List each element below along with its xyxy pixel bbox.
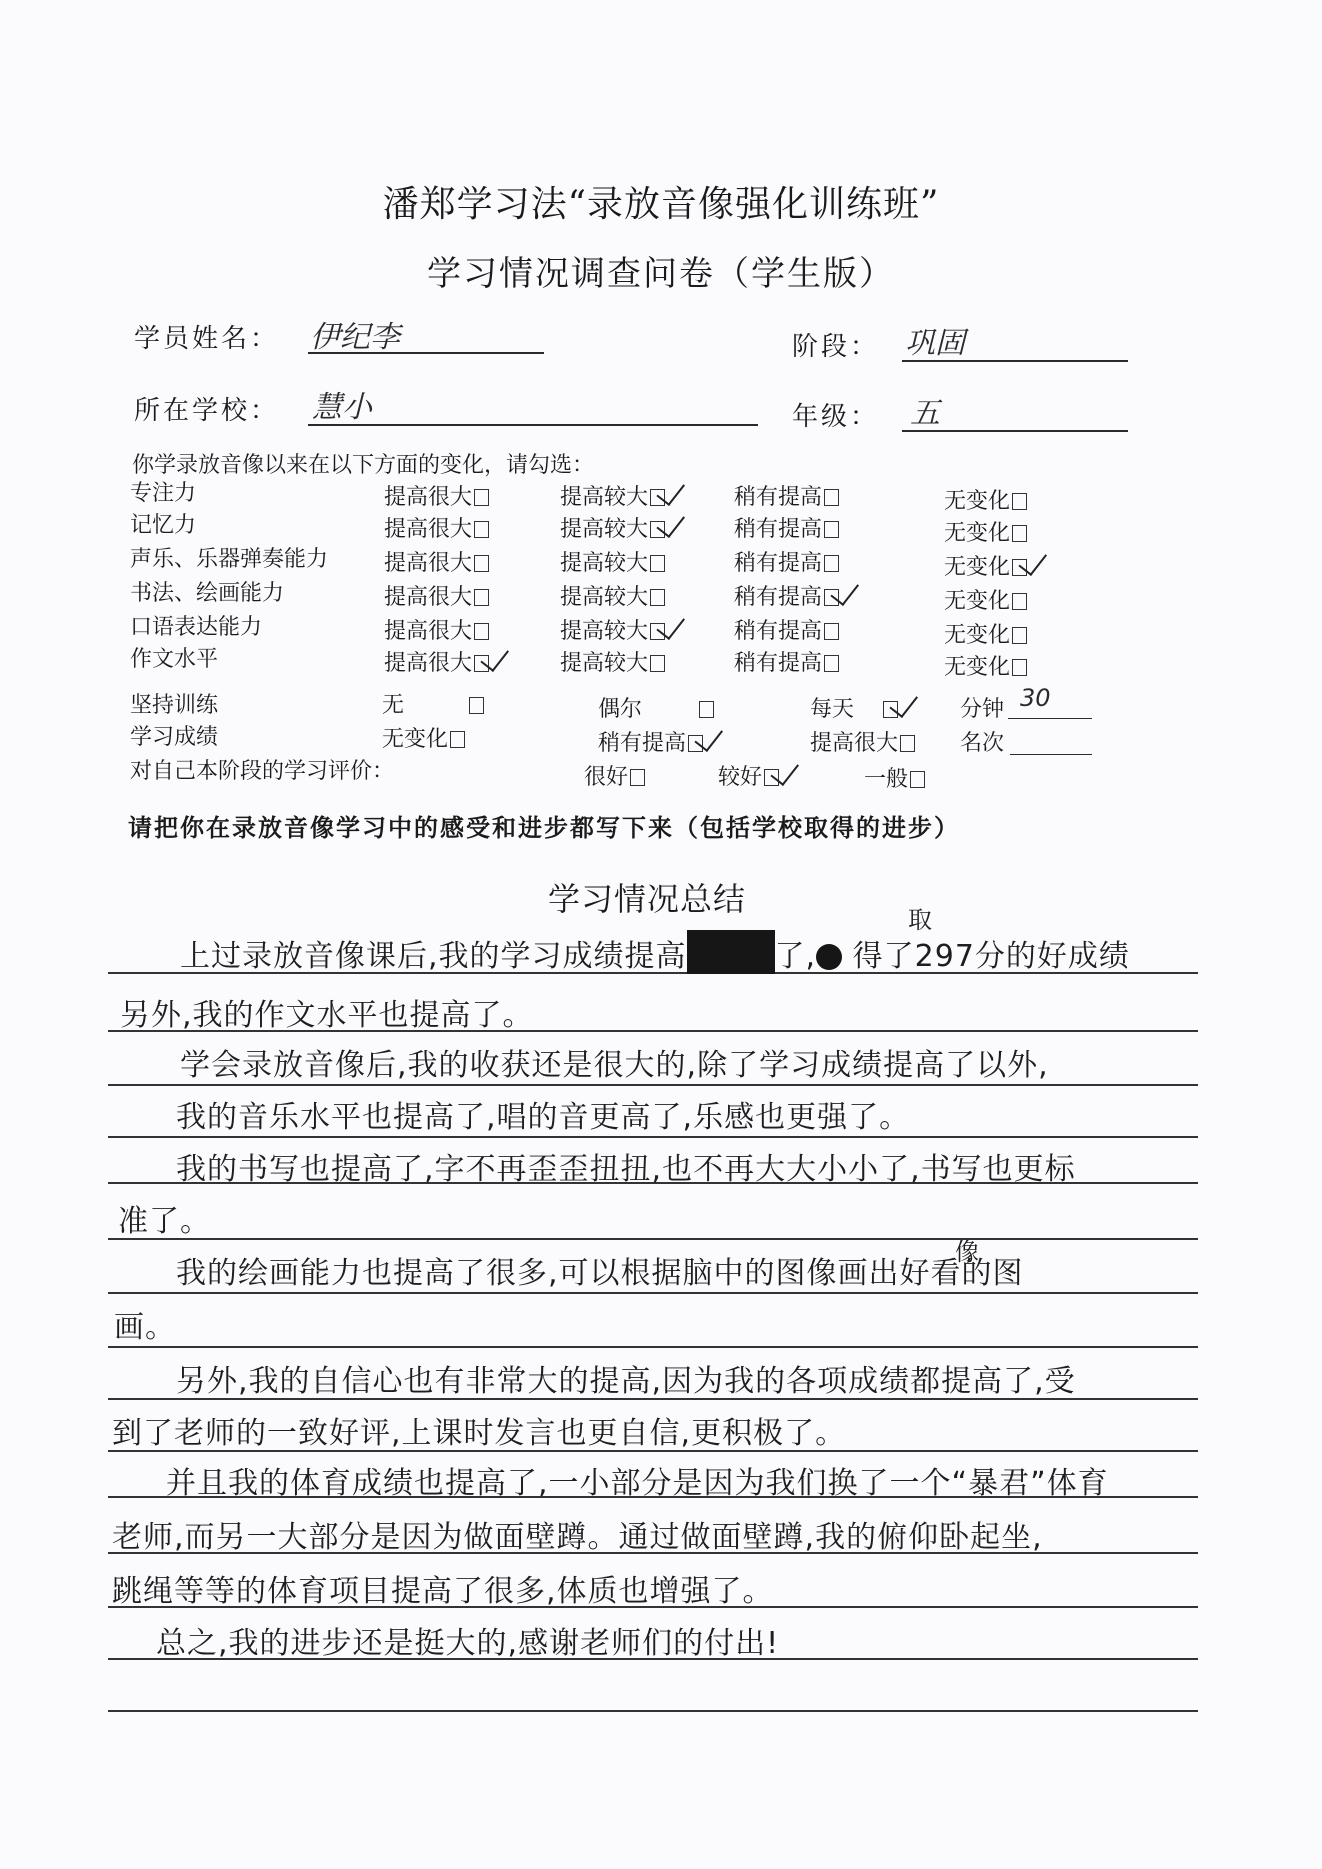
checkbox-checked-icon[interactable]	[1012, 559, 1027, 576]
rank-underline[interactable]	[1010, 754, 1092, 755]
grades-label: 学习成绩	[130, 720, 218, 751]
summary-line: 另外,我的作文水平也提高了。	[120, 990, 534, 1034]
rank-label: 名次	[960, 726, 1004, 757]
training-option-sometimes[interactable]: 偶尔	[598, 692, 714, 723]
option-slight[interactable]: 稍有提高	[734, 614, 839, 645]
checkbox-checked-icon[interactable]	[474, 655, 489, 672]
checkbox-checked-icon[interactable]	[650, 623, 665, 640]
survey-row-label: 口语表达能力	[130, 610, 262, 641]
grade-underline	[902, 430, 1128, 432]
option-nochange[interactable]: 无变化	[944, 584, 1027, 615]
minutes-label: 分钟	[960, 692, 1004, 723]
writing-instruction: 请把你在录放音像学习中的感受和进步都写下来（包括学校取得的进步）	[128, 808, 960, 843]
survey-row-label: 声乐、乐器弹奏能力	[130, 542, 328, 573]
checkbox-checked-icon[interactable]	[688, 735, 703, 752]
survey-row-label: 作文水平	[130, 642, 218, 673]
option-slight[interactable]: 稍有提高	[734, 480, 839, 511]
checkbox-icon[interactable]	[474, 555, 489, 572]
summary-line: 我的书写也提高了,字不再歪歪扭扭,也不再大大小小了,书写也更标	[176, 1144, 1076, 1188]
option-considerable[interactable]: 提高较大	[560, 512, 665, 543]
grades-option-great[interactable]: 提高很大	[810, 726, 915, 757]
checkbox-icon[interactable]	[474, 521, 489, 538]
summary-line: 我的音乐水平也提高了,唱的音更高了,乐感也更强了。	[176, 1092, 910, 1136]
ruled-line	[108, 1710, 1198, 1712]
checkbox-icon[interactable]	[1012, 627, 1027, 644]
option-nochange[interactable]: 无变化	[944, 650, 1027, 681]
option-nochange[interactable]: 无变化	[944, 550, 1027, 581]
stage-underline	[902, 360, 1128, 362]
checkbox-icon[interactable]	[650, 555, 665, 572]
checkbox-checked-icon[interactable]	[824, 589, 839, 606]
summary-title: 学习情况总结	[548, 874, 746, 920]
checkbox-icon[interactable]	[450, 731, 465, 748]
checkbox-icon[interactable]	[824, 489, 839, 506]
checkbox-icon[interactable]	[824, 521, 839, 538]
checkbox-icon[interactable]	[824, 555, 839, 572]
checkbox-icon[interactable]	[630, 769, 645, 786]
ruled-line	[108, 1292, 1198, 1294]
option-slight[interactable]: 稍有提高	[734, 512, 839, 543]
form-title: 潘郑学习法“录放音像强化训练班”	[0, 176, 1322, 227]
checkbox-icon[interactable]	[699, 701, 714, 718]
option-slight[interactable]: 稍有提高	[734, 546, 839, 577]
checkbox-icon[interactable]	[910, 771, 925, 788]
option-considerable[interactable]: 提高较大	[560, 546, 665, 577]
training-option-daily[interactable]: 每天	[810, 692, 898, 723]
checkbox-checked-icon[interactable]	[883, 701, 898, 718]
summary-line: 另外,我的自信心也有非常大的提高,因为我的各项成绩都提高了,受	[176, 1356, 1076, 1400]
minutes-value[interactable]: 30	[1020, 684, 1051, 712]
option-slight[interactable]: 稍有提高	[734, 580, 839, 611]
summary-line: 我的绘画能力也提高了很多,可以根据脑中的图像画出好看的图	[176, 1248, 1024, 1292]
checkbox-icon[interactable]	[474, 589, 489, 606]
checkbox-icon[interactable]	[1012, 659, 1027, 676]
training-option-none[interactable]: 无	[382, 688, 484, 719]
summary-line: 跳绳等等的体育项目提高了很多,体质也增强了。	[112, 1566, 774, 1610]
stage-label: 阶段：	[792, 326, 879, 363]
self-eval-label: 对自己本阶段的学习评价：	[130, 754, 394, 785]
school-label: 所在学校：	[134, 390, 279, 427]
checkbox-icon[interactable]	[1012, 493, 1027, 510]
name-underline	[308, 352, 544, 354]
name-label: 学员姓名：	[134, 318, 279, 355]
checkbox-checked-icon[interactable]	[650, 489, 665, 506]
option-great[interactable]: 提高很大	[384, 614, 489, 645]
option-considerable[interactable]: 提高较大	[560, 646, 665, 677]
survey-row-label: 书法、绘画能力	[130, 576, 284, 607]
option-considerable[interactable]: 提高较大	[560, 580, 665, 611]
option-great[interactable]: 提高很大	[384, 480, 489, 511]
checkbox-icon[interactable]	[469, 697, 484, 714]
option-great[interactable]: 提高很大	[384, 546, 489, 577]
option-great[interactable]: 提高很大	[384, 646, 489, 677]
summary-line: 到了老师的一致好评,上课时发言也更自信,更积极了。	[112, 1408, 846, 1452]
self-eval-option-verygood[interactable]: 很好	[584, 760, 645, 791]
checkbox-checked-icon[interactable]	[650, 521, 665, 538]
option-slight[interactable]: 稍有提高	[734, 646, 839, 677]
summary-line: 准了。	[118, 1196, 211, 1240]
checkbox-icon[interactable]	[824, 623, 839, 640]
checkbox-icon[interactable]	[474, 623, 489, 640]
option-nochange[interactable]: 无变化	[944, 618, 1027, 649]
minutes-underline	[1008, 718, 1092, 719]
grade-label: 年级：	[792, 396, 879, 433]
name-value[interactable]: 伊纪李	[310, 312, 400, 356]
grade-value[interactable]: 五	[910, 388, 940, 432]
form-subtitle: 学习情况调查问卷（学生版）	[0, 246, 1322, 295]
survey-row-label: 记忆力	[130, 508, 196, 539]
training-label: 坚持训练	[130, 688, 218, 719]
redaction-mark	[687, 930, 775, 974]
ruled-line	[108, 1084, 1198, 1086]
school-underline	[308, 424, 758, 426]
checkbox-icon[interactable]	[900, 735, 915, 752]
checkbox-icon[interactable]	[1012, 593, 1027, 610]
checkbox-checked-icon[interactable]	[764, 769, 779, 786]
self-eval-option-average[interactable]: 一般	[864, 762, 925, 793]
checkbox-icon[interactable]	[474, 489, 489, 506]
checkbox-icon[interactable]	[1012, 525, 1027, 542]
grades-option-slight[interactable]: 稍有提高	[598, 726, 703, 757]
ruled-line	[108, 1136, 1198, 1138]
option-considerable[interactable]: 提高较大	[560, 480, 665, 511]
option-nochange[interactable]: 无变化	[944, 516, 1027, 547]
checkbox-icon[interactable]	[824, 655, 839, 672]
option-great[interactable]: 提高很大	[384, 512, 489, 543]
checkbox-icon[interactable]	[650, 589, 665, 606]
survey-prompt: 你学录放音像以来在以下方面的变化，请勾选：	[132, 448, 594, 479]
summary-line: 老师,而另一大部分是因为做面壁蹲。通过做面壁蹲,我的俯仰卧起坐,	[112, 1512, 1043, 1556]
summary-line: 上过录放音像课后,我的学习成绩提高了, 得了297分的好成绩	[180, 930, 1130, 975]
ruled-line	[108, 1346, 1198, 1348]
survey-row-label: 专注力	[130, 476, 196, 507]
summary-line: 并且我的体育成绩也提高了,一小部分是因为我们换了一个“暴君”体育	[166, 1458, 1109, 1502]
option-great[interactable]: 提高很大	[384, 580, 489, 611]
school-value[interactable]: 慧小	[312, 382, 372, 426]
stage-value[interactable]: 巩固	[905, 318, 965, 362]
ruled-line	[108, 1238, 1198, 1240]
self-eval-option-good[interactable]: 较好	[718, 760, 779, 791]
summary-line: 总之,我的进步还是挺大的,感谢老师们的付出!	[156, 1618, 779, 1662]
grades-option-nochange[interactable]: 无变化	[382, 722, 465, 753]
checkbox-icon[interactable]	[650, 655, 665, 672]
option-nochange[interactable]: 无变化	[944, 484, 1027, 515]
summary-line: 学会录放音像后,我的收获还是很大的,除了学习成绩提高了以外,	[180, 1040, 1049, 1084]
redaction-mark	[816, 944, 842, 970]
option-considerable[interactable]: 提高较大	[560, 614, 665, 645]
summary-line: 画。	[114, 1302, 176, 1346]
